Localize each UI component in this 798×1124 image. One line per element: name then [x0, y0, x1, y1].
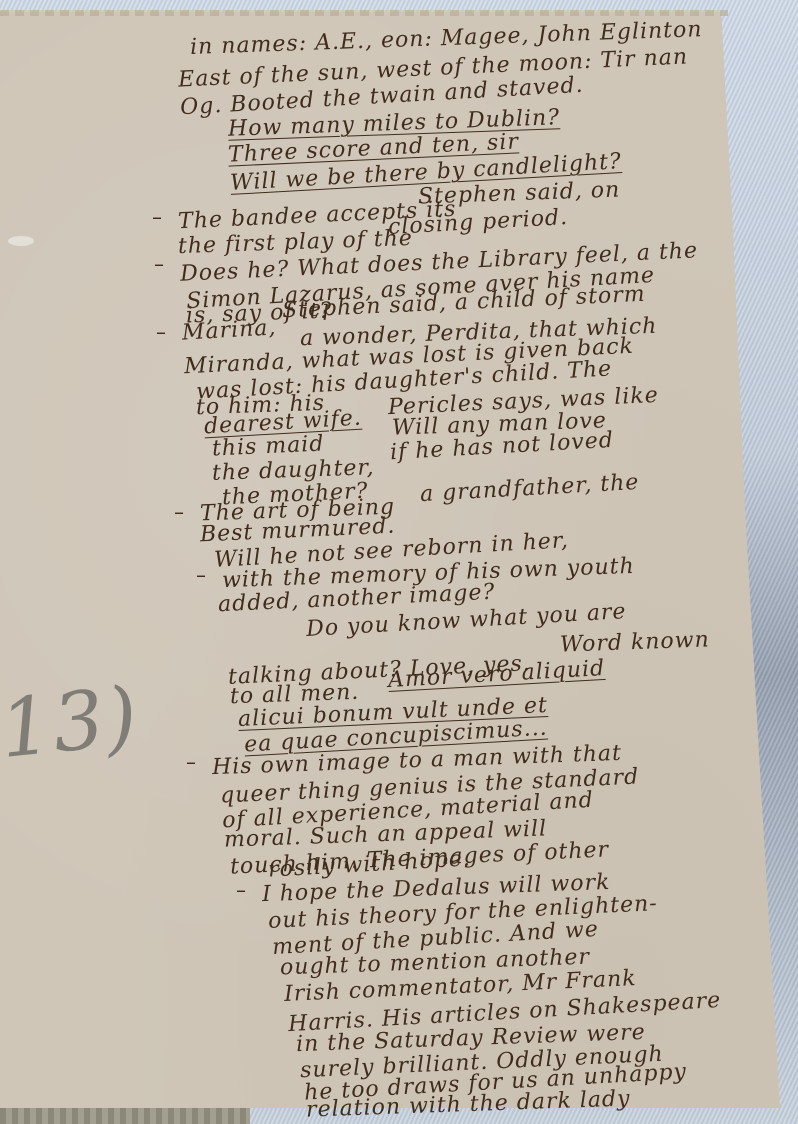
manuscript-line: Marina, — [181, 317, 277, 344]
margin-dash: – — [152, 207, 162, 227]
margin-dash: – — [196, 565, 206, 585]
backdrop-strip — [0, 1108, 250, 1124]
margin-dash: – — [186, 752, 196, 772]
margin-dash: – — [236, 880, 246, 900]
margin-page-number: 13) — [0, 669, 143, 776]
margin-dash: – — [174, 502, 184, 522]
photo-scene: 13) in names: A.E., eon: Magee, John Egl… — [0, 0, 798, 1124]
torn-top-edge — [0, 10, 728, 16]
margin-dash: – — [156, 322, 166, 342]
manuscript-line: Word known — [560, 629, 710, 656]
margin-dash: – — [154, 254, 164, 274]
paper-blemish — [8, 236, 34, 246]
